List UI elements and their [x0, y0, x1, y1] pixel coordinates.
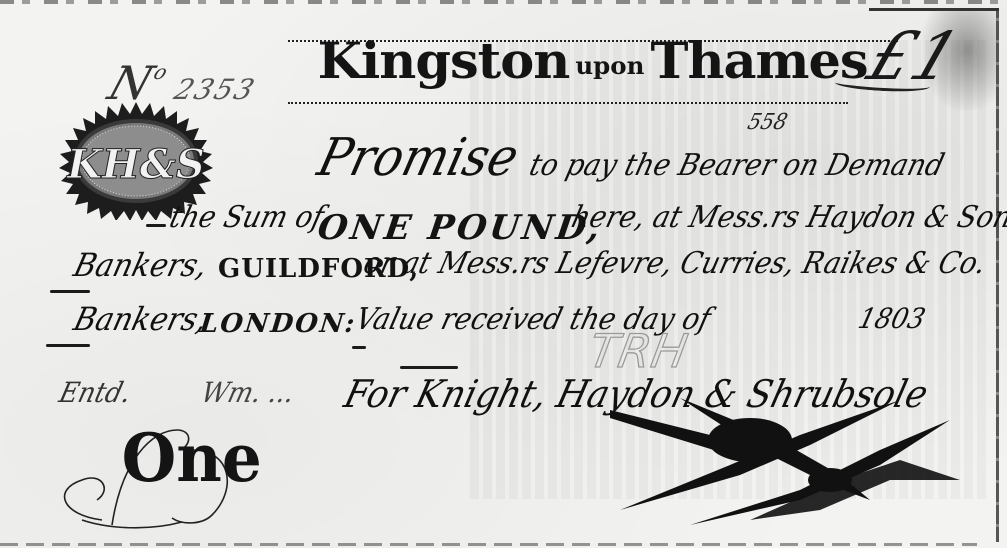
dash: [46, 344, 90, 347]
dash: [50, 290, 90, 293]
promise-word: Promise: [312, 128, 524, 188]
amount-one-pound: ONE POUND,: [315, 208, 605, 248]
bankers-label-2: Bankers,: [70, 300, 211, 338]
denomination-one: One: [122, 425, 262, 491]
dash: [352, 346, 366, 349]
entered-label: Entd.: [56, 376, 135, 409]
year: 1803: [855, 302, 929, 335]
bottom-edge: [0, 543, 977, 546]
bankers-label-1: Bankers,: [70, 246, 211, 284]
promise-rest: to pay the Bearer on Demand: [526, 148, 948, 183]
title-rule-bottom: [288, 102, 848, 104]
svg-text:KH&S: KH&S: [66, 141, 205, 188]
title-kingston: Kingston: [318, 31, 570, 90]
dash: [400, 366, 458, 369]
promise-line: Promise to pay the Bearer on Demand: [312, 128, 953, 188]
trh-stamp: TRH: [585, 324, 692, 378]
bank-title: KingstonuponThames: [318, 36, 868, 86]
bankers-1-post: or at Mess.rs Lefevre, Curries, Raikes &…: [360, 246, 990, 281]
sum-post: here, at Mess.rs Haydon & Sons: [568, 200, 1007, 235]
town-london: LONDON:: [198, 309, 357, 339]
sum-pre: the Sum of: [166, 200, 327, 235]
entered-clerk: Wm. ...: [198, 376, 298, 409]
dash: [146, 224, 166, 227]
top-edge: [0, 0, 1007, 4]
title-upon: upon: [569, 51, 650, 80]
cancellation-x-icon: [600, 380, 970, 530]
